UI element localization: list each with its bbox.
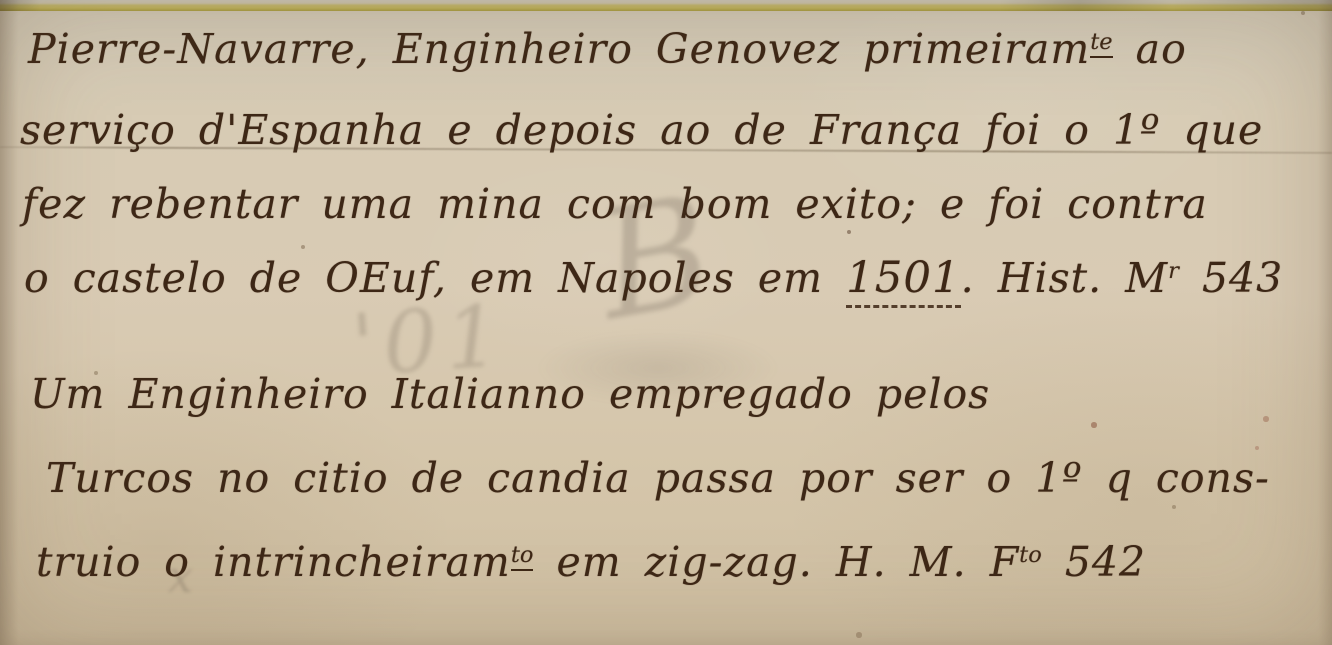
manuscript-line-2: serviço d'Espanha e depois ao de França … [20, 93, 1332, 167]
line-text: Pierre-Navarre, Enginheiro Genovez prime… [28, 25, 1090, 73]
manuscript-line-6: Turcos no citio de candia passa por ser … [46, 436, 1332, 520]
superscript-abbreviation: r [1168, 258, 1179, 284]
manuscript-line-3: fez rebentar uma mina com bom exito; e f… [22, 167, 1332, 241]
line-text: o castelo de OEuf, em Napoles em [24, 254, 846, 302]
line-text: Turcos no citio de candia passa por ser … [46, 454, 1270, 502]
line-text: truio o intrincheiram [36, 538, 511, 586]
line-text: em zig-zag. H. M. F [533, 538, 1019, 586]
line-text: . Hist. M [961, 254, 1169, 302]
paragraph-italian-engineer: Um Enginheiro Italianno empregado pelos … [0, 352, 1332, 611]
paper-specks [0, 0, 2, 2]
line-text: serviço d'Espanha e depois ao de França … [20, 106, 1263, 154]
manuscript-line-7: truio o intrincheiramto em zig-zag. H. M… [36, 520, 1332, 611]
manuscript-line-5: Um Enginheiro Italianno empregado pelos [30, 352, 1332, 436]
manuscript-line-1: Pierre-Navarre, Enginheiro Genovez prime… [28, 12, 1332, 93]
superscript-abbreviation: te [1090, 29, 1112, 58]
manuscript-photo: B '01 x Pierre-Navarre, Enginheiro Genov… [0, 0, 1332, 645]
superscript-abbreviation: to [511, 542, 534, 571]
line-text: ao [1113, 25, 1187, 73]
underlined-year: 1501 [846, 253, 961, 308]
manuscript-line-4: o castelo de OEuf, em Napoles em 1501. H… [24, 241, 1332, 322]
gilt-page-edge [0, 0, 1332, 11]
superscript-abbreviation: to [1019, 542, 1042, 568]
reference-number: 543 [1179, 254, 1283, 302]
line-text: Um Enginheiro Italianno empregado pelos [30, 370, 990, 418]
reference-number: 542 [1042, 538, 1146, 586]
paragraph-pierre-navarre: Pierre-Navarre, Enginheiro Genovez prime… [0, 12, 1332, 322]
line-text: fez rebentar uma mina com bom exito; e f… [22, 180, 1208, 228]
